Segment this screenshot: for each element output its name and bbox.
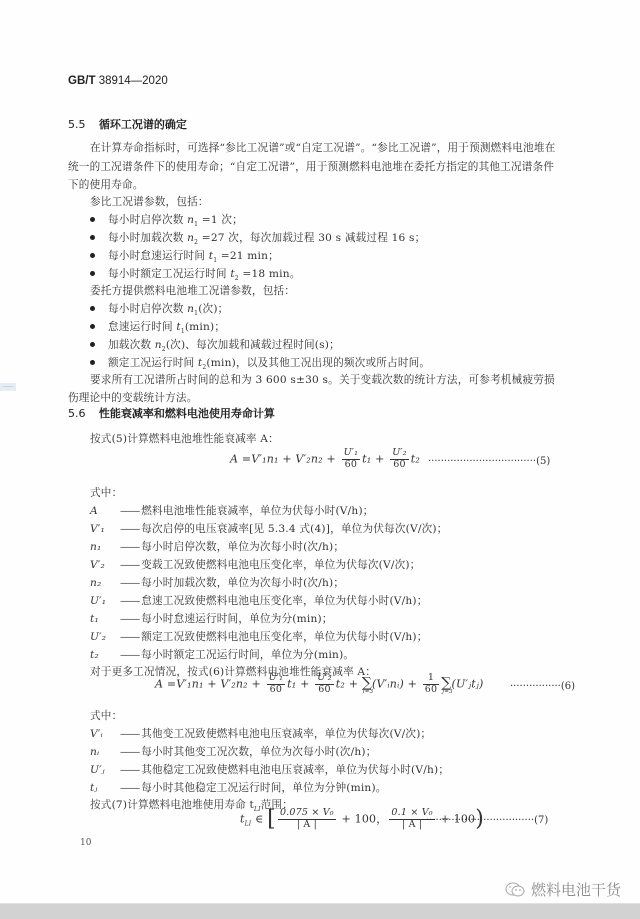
variable-definition: t₂——每小时额定工况运行时间，单位为分(min)。: [90, 647, 354, 662]
page-number: 10: [80, 838, 91, 848]
client-item: 加载次数 n2(次)、每次加载和减载过程时间(s)；: [90, 337, 340, 353]
formula-5: A =V′₁n₁ + V′₂n₂ + U′₁60t₁ + U′₂60t₂: [230, 448, 420, 471]
variable-definition: t₁——每小时怠速运行时间，单位为分(min)；: [90, 611, 333, 626]
variable-definition: V′₂——变载工况致使燃料电池电压变化率，单位为伏每次(V/次)；: [90, 557, 421, 572]
watermark-text: 燃料电池干货: [531, 879, 621, 900]
client-item: 额定工况运行时间 t2(min)，以及其他工况出现的频次或所占时间。: [90, 355, 430, 371]
where-label: 式中：: [90, 708, 122, 723]
bullet-icon: [90, 360, 95, 365]
watermark: 燃料电池干货: [505, 879, 621, 900]
client-item: 每小时启停次数 n1(次)；: [90, 301, 228, 317]
bullet-icon: [90, 235, 95, 240]
closing-line-1: 要求所有工况谱所占时间的总和为 3 600 s±30 s。关于变载次数的统计方法…: [90, 372, 555, 387]
client-params-label: 委托方提供燃料电池堆工况谱参数，包括：: [90, 283, 295, 298]
variable-definition: n₁——每小时启停次数，单位为次每小时(次/h)；: [90, 539, 344, 554]
formula-5-intro: 按式(5)计算燃料电池堆性能衰减率 A：: [90, 431, 279, 446]
bullet-icon: [90, 271, 95, 276]
variable-definition: V′ᵢ——其他变工况致使燃料电池电压衰减率，单位为伏每次(V/次)；: [90, 726, 431, 741]
variable-definition: U′ⱼ——其他稳定工况致使燃料电池电压衰减率，单位为伏每小时(V/h)；: [90, 762, 449, 777]
standard-number: 38914—2020: [99, 75, 168, 87]
client-item: 怠速运行时间 t1(min)；: [90, 319, 225, 335]
side-bookmark-marker[interactable]: [0, 383, 16, 391]
reference-params-label: 参比工况谱参数，包括：: [90, 194, 209, 209]
variable-definition: nᵢ——每小时其他变工况次数，单位为次每小时(次/h)；: [90, 744, 377, 759]
variable-definition: U′₁——怠速工况致使燃料电池电压变化率，单位为伏每小时(V/h)；: [90, 593, 428, 608]
bullet-icon: [90, 253, 95, 258]
reference-item: 每小时启停次数 n1 =1 次；: [90, 212, 243, 228]
closing-line-2: 伤理论中的变载统计方法。: [68, 390, 198, 405]
intro-line-3: 下的使用寿命。: [68, 177, 144, 192]
variable-definition: n₂——每小时加载次数，单位为次每小时(次/h)；: [90, 575, 344, 590]
variable-definition: A——燃料电池堆性能衰减率，单位为伏每小时(V/h)；: [90, 503, 374, 518]
variable-definition: V′₁——每次启停的电压衰减率[见 5.3.4 式(4)]，单位为伏每次(V/次…: [90, 521, 448, 536]
variable-definition: tⱼ——每小时其他稳定工况运行时间，单位为分钟(min)。: [90, 780, 387, 795]
section-title: 循环工况谱的确定: [99, 118, 187, 131]
where-label: 式中：: [90, 485, 122, 500]
bullet-icon: [90, 306, 95, 311]
bullet-icon: [90, 217, 95, 222]
section-number: 5.5: [68, 118, 95, 131]
summation-icon: ∑j=3: [441, 675, 451, 691]
standard-id: GB/T 38914—2020: [68, 75, 168, 87]
section-5-5-heading: 5.5 循环工况谱的确定: [68, 116, 187, 132]
formula-6: A =V′₁n₁ + V′₂n₂ + U′₁60t₁ + U′₂60t₂ + ∑…: [155, 673, 483, 696]
variable-definition: U′₂——额定工况致使燃料电池电压变化率，单位为伏每小时(V/h)；: [90, 629, 428, 644]
standard-prefix: GB/T: [68, 75, 95, 87]
reference-item: 每小时加载次数 n2 =27 次，每次加载过程 30 s 减载过程 16 s；: [90, 230, 425, 246]
reference-item: 每小时怠速运行时间 t1 =21 min；: [90, 248, 279, 264]
bottom-scroll-bar[interactable]: [0, 903, 640, 919]
summation-icon: ∑i=3: [362, 675, 372, 691]
document-page: GB/T 38914—2020 5.5 循环工况谱的确定 在计算寿命指标时，可选…: [0, 0, 640, 903]
wechat-icon: [505, 882, 525, 898]
intro-line-1: 在计算寿命指标时，可选择“参比工况谱”或“自定工况谱”。“参比工况谱”，用于预测…: [90, 140, 555, 155]
bullet-icon: [90, 342, 95, 347]
formula-5-number: ··································(5): [428, 456, 550, 467]
section-number: 5.6: [68, 407, 95, 420]
section-title: 性能衰减率和燃料电池使用寿命计算: [99, 407, 275, 420]
formula-6-number: ················(6): [510, 681, 575, 692]
bullet-icon: [90, 324, 95, 329]
intro-line-2: 统一的工况谱条件下的使用寿命；“自定工况谱”，用于预测燃料电池堆在委托方指定的其…: [68, 159, 554, 174]
formula-7-number: ··································(7): [426, 815, 548, 826]
reference-item: 每小时额定工况运行时间 t2 =18 min。: [90, 266, 301, 282]
section-5-6-heading: 5.6 性能衰减率和燃料电池使用寿命计算: [68, 405, 275, 421]
